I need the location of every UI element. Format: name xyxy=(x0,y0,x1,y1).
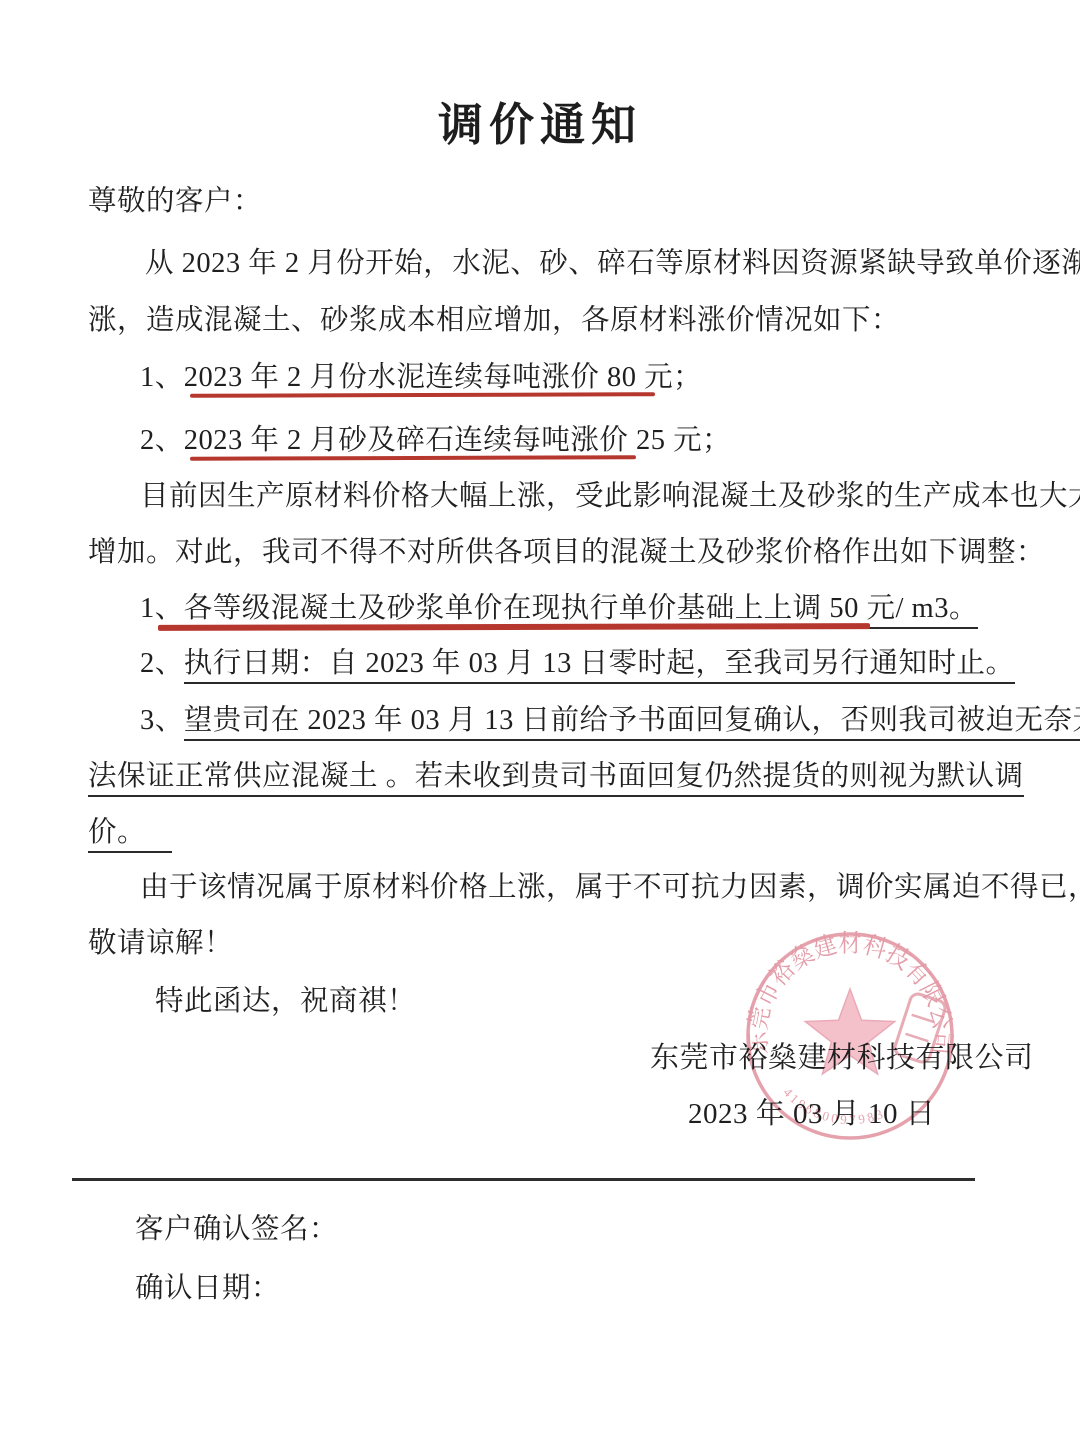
intro-line-1: 从 2023 年 2 月份开始，水泥、砂、碎石等原材料因资源紧缺导致单价逐渐上 xyxy=(145,247,1080,281)
item-number: 2、 xyxy=(140,425,184,456)
issue-date: 2023 年 03 月 10 日 xyxy=(688,1097,935,1131)
item-number: 1、 xyxy=(140,593,184,624)
price-rise-item-1: 1、2023 年 2 月份水泥连续每吨涨价 80 元； xyxy=(140,361,702,395)
price-rise-item-2: 2、2023 年 2 月砂及碎石连续每吨涨价 25 元； xyxy=(140,424,731,458)
apology-line-2: 敬请谅解！ xyxy=(88,927,233,961)
impact-line-1: 目前因生产原材料价格大幅上涨，受此影响混凝土及砂浆的生产成本也大大 xyxy=(140,480,1080,514)
item-text: 2023 年 2 月份水泥连续每吨涨价 80 元； xyxy=(184,362,702,393)
item-text: 价。 xyxy=(88,817,172,853)
price-adjustment-notice-document: 调价通知 尊敬的客户： 从 2023 年 2 月份开始，水泥、砂、碎石等原材料因… xyxy=(0,0,1080,1452)
adjustment-item-3-line-2: 法保证正常供应混凝土 。若未收到贵司书面回复仍然提货的则视为默认调 xyxy=(88,760,1024,794)
intro-line-2: 涨，造成混凝土、砂浆成本相应增加，各原材料涨价情况如下： xyxy=(88,304,900,338)
confirm-date-label: 确认日期： xyxy=(135,1272,280,1306)
greeting: 尊敬的客户： xyxy=(88,185,262,219)
company-seal-stamp: 东莞市裕燊建材科技有限公司 419680097983 xyxy=(710,896,990,1176)
item-number: 3、 xyxy=(140,705,184,736)
impact-line-2: 增加。对此，我司不得不对所供各项目的混凝土及砂浆价格作出如下调整： xyxy=(88,536,1045,570)
company-name: 东莞市裕燊建材科技有限公司 xyxy=(650,1041,1034,1075)
customer-signature-label: 客户确认签名： xyxy=(135,1213,338,1247)
red-underline xyxy=(190,392,655,398)
item-text: 望贵司在 2023 年 03 月 13 日前给予书面回复确认，否则我司被迫无奈无 xyxy=(184,705,1080,741)
red-underline xyxy=(158,623,870,631)
adjustment-item-1: 1、各等级混凝土及砂浆单价在现执行单价基础上上调 50 元/ m3。 xyxy=(140,592,978,626)
red-underline xyxy=(190,455,636,461)
item-text: 法保证正常供应混凝土 。若未收到贵司书面回复仍然提货的则视为默认调 xyxy=(88,761,1024,797)
document-title: 调价通知 xyxy=(0,88,1080,153)
item-text: 执行日期：自 2023 年 03 月 13 日零时起，至我司另行通知时止。 xyxy=(184,648,1015,684)
item-text: 2023 年 2 月砂及碎石连续每吨涨价 25 元； xyxy=(184,425,731,456)
adjustment-item-3-line-1: 3、望贵司在 2023 年 03 月 13 日前给予书面回复确认，否则我司被迫无… xyxy=(140,704,1080,738)
adjustment-item-2: 2、执行日期：自 2023 年 03 月 13 日零时起，至我司另行通知时止。 xyxy=(140,647,1015,681)
closing-phrase: 特此函达，祝商祺！ xyxy=(155,985,416,1019)
item-number: 1、 xyxy=(140,362,184,393)
adjustment-item-3-line-3: 价。 xyxy=(88,816,172,850)
item-number: 2、 xyxy=(140,648,184,679)
footer-divider xyxy=(72,1178,975,1181)
